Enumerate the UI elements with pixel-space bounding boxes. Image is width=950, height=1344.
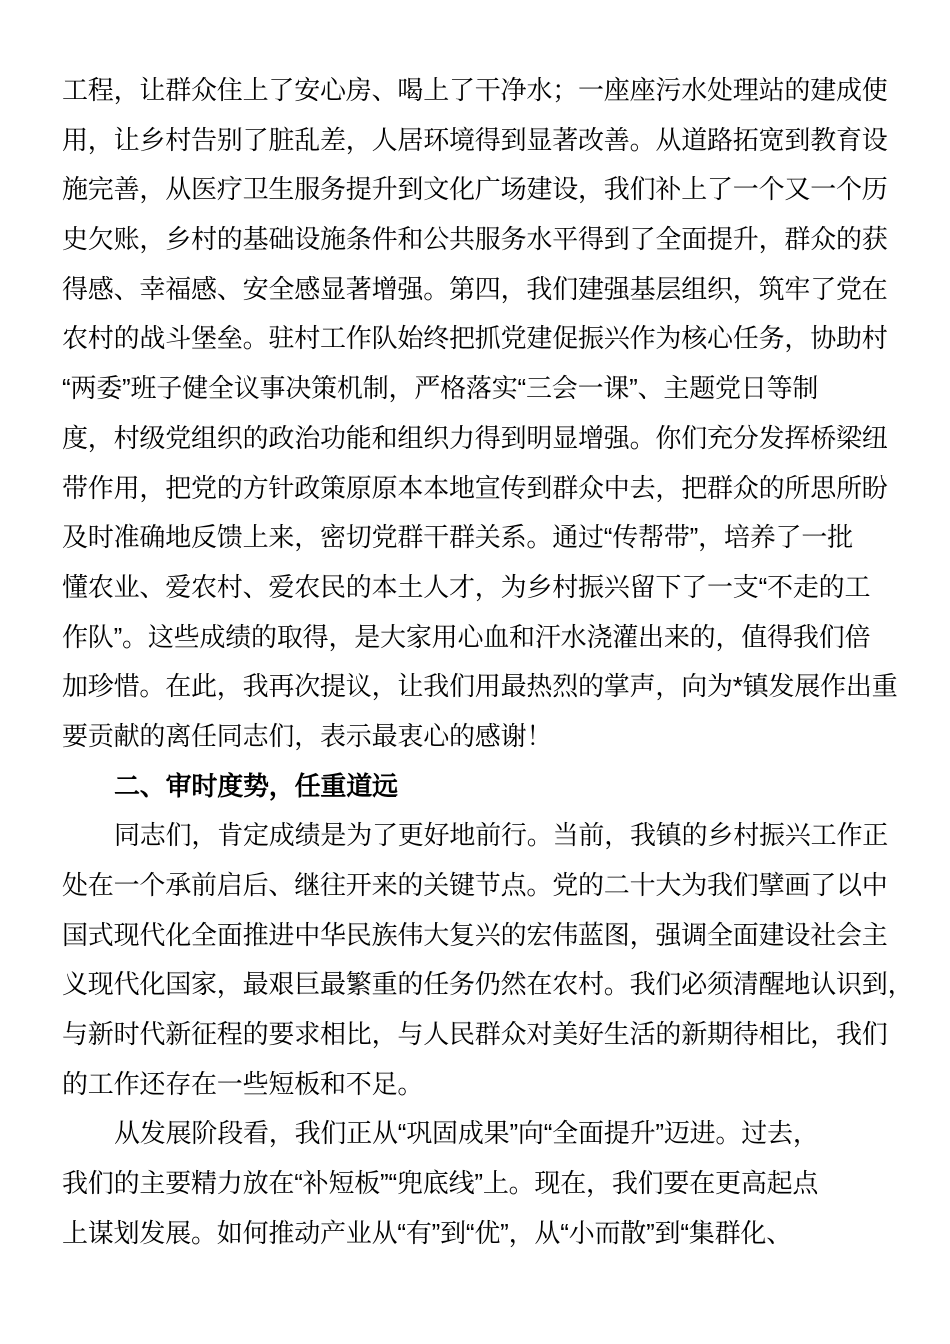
heading-line: 二、审时度势，任重道远 [62, 762, 890, 812]
text-line: 施完善，从医疗卫生服务提升到文化广场建设，我们补上了一个又一个历 [62, 165, 890, 215]
paragraph: 同志们，肯定成绩是为了更好地前行。当前，我镇的乡村振兴工作正处在一个承前启后、继… [62, 811, 890, 1109]
text-line: 义现代化国家，最艰巨最繁重的任务仍然在农村。我们必须清醒地认识到， [62, 960, 890, 1010]
section-heading: 二、审时度势，任重道远 [62, 762, 890, 812]
text-line: 要贡献的离任同志们，表示最衷心的感谢！ [62, 712, 890, 762]
text-line: 作队”。这些成绩的取得，是大家用心血和汗水浇灌出来的，值得我们倍 [62, 613, 890, 663]
text-line: 同志们，肯定成绩是为了更好地前行。当前，我镇的乡村振兴工作正 [62, 811, 890, 861]
text-line: 农村的战斗堡垒。驻村工作队始终把抓党建促振兴作为核心任务，协助村 [62, 314, 890, 364]
text-line: 与新时代新征程的要求相比，与人民群众对美好生活的新期待相比，我们 [62, 1010, 890, 1060]
text-line: 的工作还存在一些短板和不足。 [62, 1060, 890, 1110]
text-line: “两委”班子健全议事决策机制，严格落实“三会一课”、主题党日等制 [62, 364, 890, 414]
document-page: 工程，让群众住上了安心房、喝上了干净水；一座座污水处理站的建成使用，让乡村告别了… [0, 0, 950, 1344]
document-body: 工程，让群众住上了安心房、喝上了干净水；一座座污水处理站的建成使用，让乡村告别了… [62, 66, 890, 1259]
text-line: 国式现代化全面推进中华民族伟大复兴的宏伟蓝图，强调全面建设社会主 [62, 911, 890, 961]
paragraph: 工程，让群众住上了安心房、喝上了干净水；一座座污水处理站的建成使用，让乡村告别了… [62, 66, 890, 762]
text-line: 加珍惜。在此，我再次提议，让我们用最热烈的掌声，向为*镇发展作出重 [62, 662, 890, 712]
text-line: 工程，让群众住上了安心房、喝上了干净水；一座座污水处理站的建成使 [62, 66, 890, 116]
text-line: 懂农业、爱农村、爱农民的本土人才，为乡村振兴留下了一支“不走的工 [62, 563, 890, 613]
text-line: 史欠账，乡村的基础设施条件和公共服务水平得到了全面提升，群众的获 [62, 215, 890, 265]
text-line: 度，村级党组织的政治功能和组织力得到明显增强。你们充分发挥桥梁纽 [62, 414, 890, 464]
text-line: 用，让乡村告别了脏乱差，人居环境得到显著改善。从道路拓宽到教育设 [62, 116, 890, 166]
text-line: 处在一个承前启后、继往开来的关键节点。党的二十大为我们擘画了以中 [62, 861, 890, 911]
text-line: 及时准确地反馈上来，密切党群干群关系。通过“传帮带”，培养了一批 [62, 513, 890, 563]
text-line: 上谋划发展。如何推动产业从“有”到“优”，从“小而散”到“集群化、 [62, 1209, 890, 1259]
text-line: 带作用，把党的方针政策原原本本地宣传到群众中去，把群众的所思所盼 [62, 464, 890, 514]
paragraph: 从发展阶段看，我们正从“巩固成果”向“全面提升”迈进。过去，我们的主要精力放在“… [62, 1109, 890, 1258]
text-line: 得感、幸福感、安全感显著增强。第四，我们建强基层组织，筑牢了党在 [62, 265, 890, 315]
text-line: 从发展阶段看，我们正从“巩固成果”向“全面提升”迈进。过去， [62, 1109, 890, 1159]
text-line: 我们的主要精力放在“补短板”“兜底线”上。现在，我们要在更高起点 [62, 1159, 890, 1209]
